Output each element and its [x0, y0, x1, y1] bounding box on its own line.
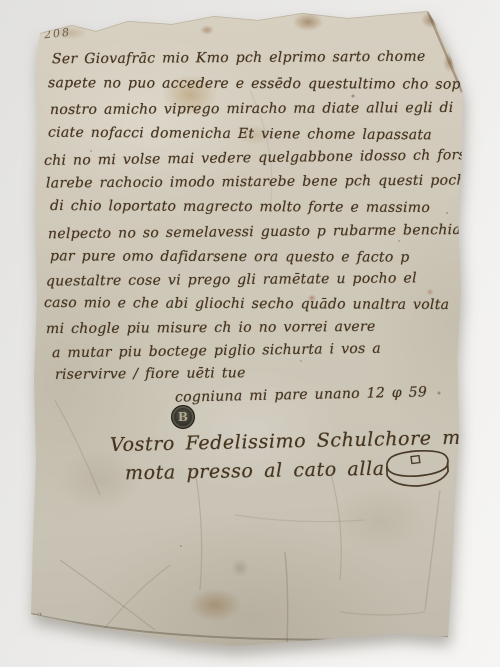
stamp-letter: B — [178, 411, 188, 423]
manuscript-line: ciate nofacci domenicha Et viene chome l… — [48, 125, 432, 144]
ink-specks — [0, 0, 2, 2]
manuscript-line: cogniuna mi pare unano 12 φ 59 — [175, 384, 427, 405]
photo-backdrop: 208 Ser Giovafrāc mio Kmo pch elprimo sa… — [0, 0, 500, 667]
signature-line: mota presso al cato alla — [125, 458, 385, 485]
manuscript-line: chi no mi volse mai vedere quelgabbone i… — [44, 147, 475, 169]
manuscript-line: a mutar piu boctege piglio sichurta i vo… — [52, 341, 381, 362]
corner-mark: 33 — [30, 612, 43, 624]
manuscript-line: di chio loportato magrecto molto forte e… — [50, 198, 430, 216]
folio-number: 208 — [43, 26, 71, 42]
manuscript-line: par pure omo dafidarsene ora questo e fa… — [50, 248, 410, 265]
manuscript-line: sapete no puo accedere e essēdo questult… — [48, 75, 493, 93]
manuscript-line: larebe rachocio imodo mistarebe bene pch… — [46, 173, 471, 192]
marble-block-sketch — [380, 445, 454, 497]
manuscript-page-wrapper: 208 Ser Giovafrāc mio Kmo pch elprimo sa… — [0, 0, 500, 667]
manuscript-page: 208 Ser Giovafrāc mio Kmo pch elprimo sa… — [0, 0, 500, 667]
manuscript-line: questaltre cose vi prego gli ramētate u … — [46, 270, 417, 289]
manuscript-line: nelpecto no so semelavessi guasto p ruba… — [48, 222, 483, 243]
manuscript-line: mi chogle piu misure ch io no vorrei ave… — [46, 319, 376, 337]
manuscript-line: nostro amicho viprego miracho ma diate a… — [50, 100, 454, 118]
manuscript-line: Ser Giovafrāc mio Kmo pch elprimo sarto … — [52, 49, 426, 68]
manuscript-line: riservirve / fiore uēti tue — [55, 365, 246, 383]
collection-stamp: B — [171, 405, 195, 429]
manuscript-line: caso mio e che abi gliochi secho quādo u… — [44, 295, 449, 313]
